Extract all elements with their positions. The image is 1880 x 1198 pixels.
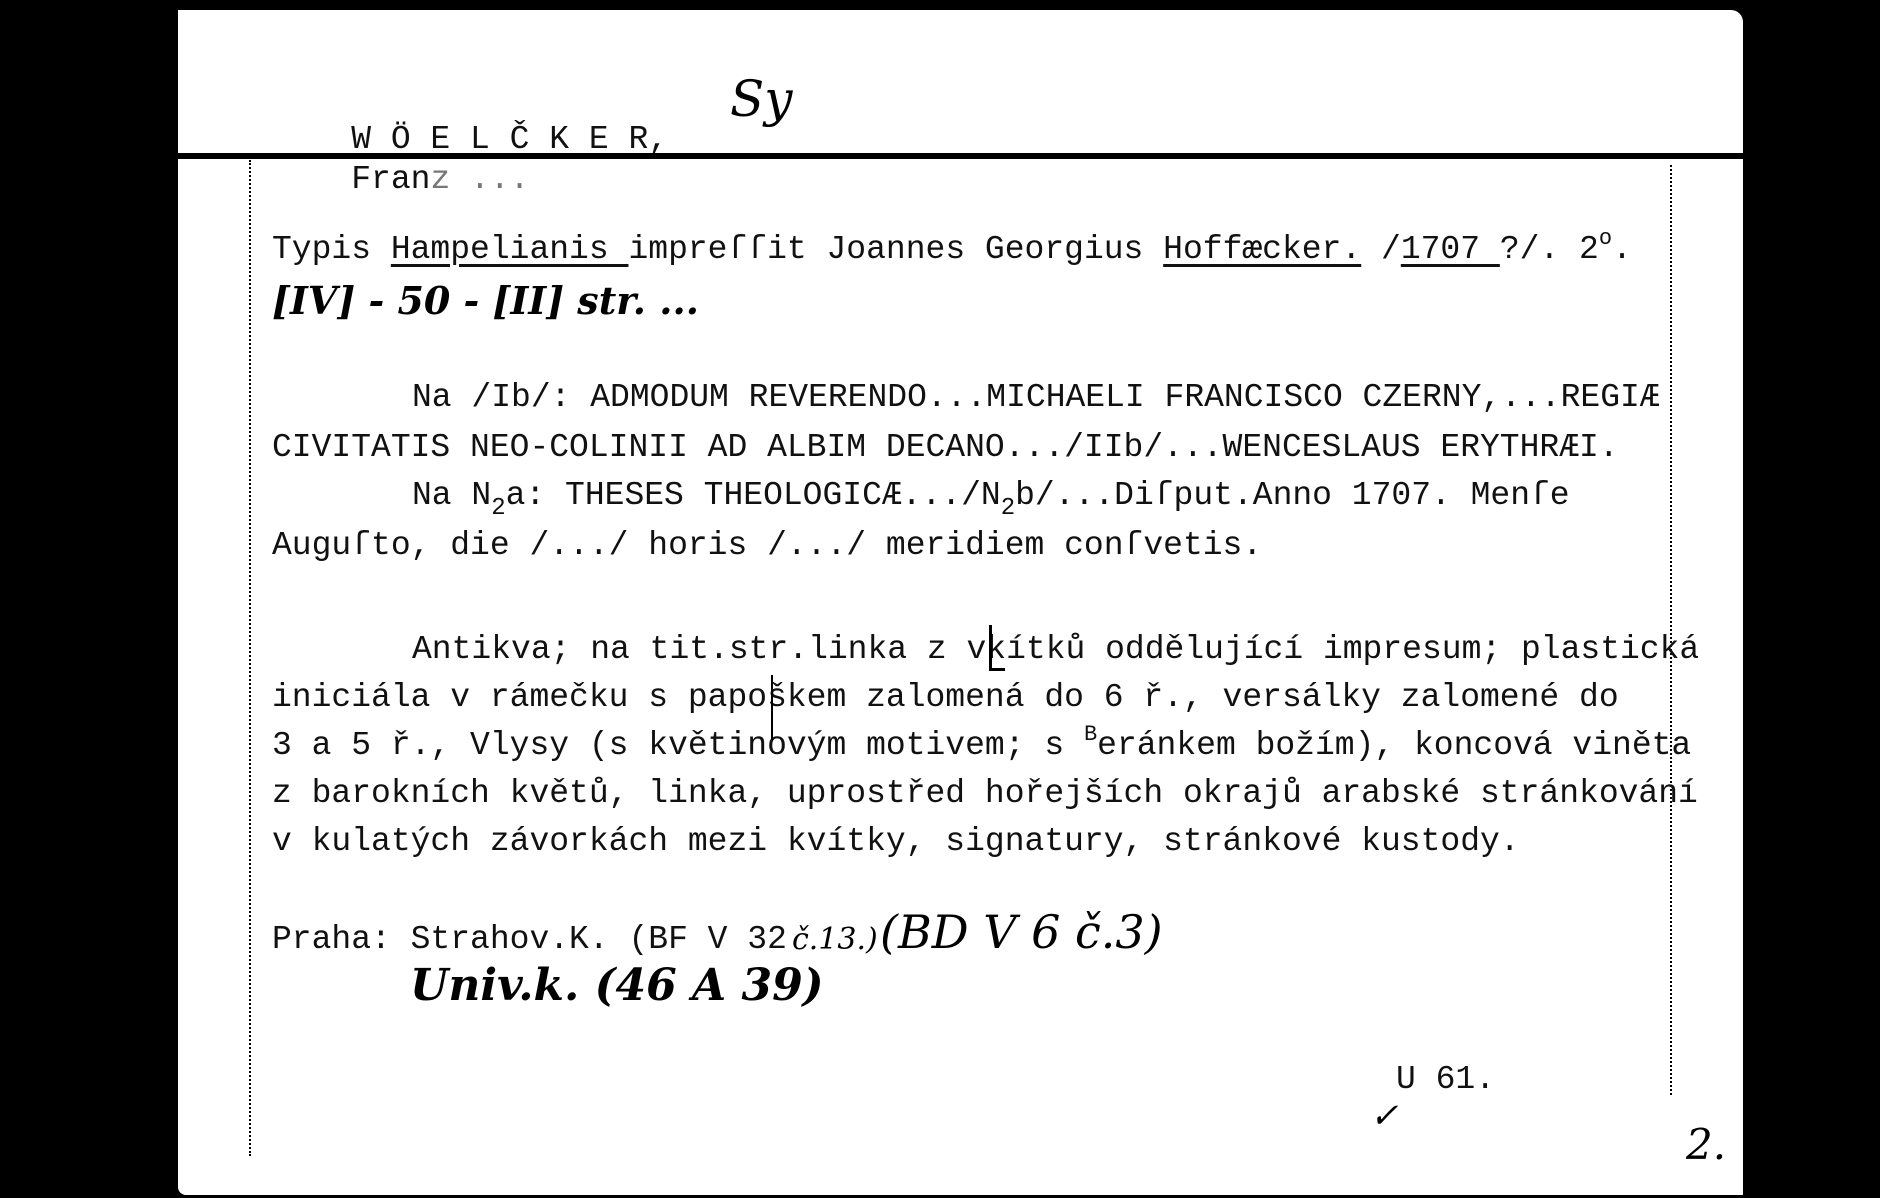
left-margin-line <box>249 160 251 1156</box>
contents-line-3a: Na N <box>412 477 491 514</box>
catalog-card: W Ö E L Č K E R, Franz ... Sy Typis Hamp… <box>178 10 1743 1195</box>
correction-mark <box>989 668 1005 671</box>
description-line-3a: 3 a 5 ř., Vlysy (s květinovým motivem; s <box>272 727 1084 764</box>
holdings-hand-suffix: č.13.) <box>792 922 878 957</box>
description-line-1: Antikva; na tit.str.linka z vkítků odděl… <box>412 630 1699 670</box>
holdings-typed: Praha: Strahov.K. (BF V 32 <box>272 920 787 960</box>
imprint-line: Typis Hampelianis impreſſit Joannes Geor… <box>272 230 1632 270</box>
contents-line-3: Na N2a: THESES THEOLOGICÆ.../N2b/...Diſp… <box>412 476 1570 516</box>
correction-mark <box>989 625 992 670</box>
description-line-4: z barokních květů, linka, uprostřed hoře… <box>272 774 1698 814</box>
collation-handwritten: [IV] - 50 - [II] str. ... <box>272 278 699 323</box>
shelf-code: U 61. <box>1396 1060 1495 1100</box>
correction-superscript: B <box>1084 722 1097 747</box>
contents-line-4: Auguſto, die /.../ horis /.../ meridiem … <box>272 526 1262 566</box>
imprint-impressit: impreſſit Joannes Georgius <box>628 231 1163 268</box>
description-line-3: 3 a 5 ř., Vlysy (s květinovým motivem; s… <box>272 726 1691 766</box>
contents-line-3b: a: THESES THEOLOGICÆ.../N <box>506 477 1001 514</box>
holdings-hand-alt-shelfmark: (BD V 6 č.3) <box>880 905 1163 959</box>
imprint-printer-name: Hoffæcker. <box>1163 231 1361 268</box>
heading-handwritten-note: Sy <box>730 70 793 128</box>
imprint-format-dot: . <box>1612 231 1632 268</box>
contents-line-2: CIVITATIS NEO-COLINII AD ALBIM DECANO...… <box>272 428 1619 468</box>
description-line-5: v kulatých závorkách mezi kvítky, signat… <box>272 822 1520 862</box>
author-forename-obscured: z ... <box>430 161 529 198</box>
imprint-year: 1707 <box>1401 231 1500 268</box>
imprint-date-close: ?/. 2 <box>1500 231 1599 268</box>
correction-mark <box>771 675 773 740</box>
card-number-hand: 2. <box>1686 1120 1726 1169</box>
card-heading: W Ö E L Č K E R, Franz ... <box>272 80 668 240</box>
description-line-3b: eránkem božím), koncová viněta <box>1097 727 1691 764</box>
contents-line-1: Na /Ib/: ADMODUM REVERENDO...MICHAELI FR… <box>412 378 1660 418</box>
holdings-hand-university: Univ.k. (46 A 39) <box>410 960 824 1011</box>
author-forename: Fran <box>351 161 430 198</box>
description-line-2: iniciála v rámečku s papoškem zalomená d… <box>272 678 1619 718</box>
imprint-format-degree: o <box>1599 226 1612 251</box>
check-mark-hand: ✓ <box>1370 1096 1399 1136</box>
signature-subscript: 2 <box>491 495 505 522</box>
signature-subscript: 2 <box>1001 495 1015 522</box>
contents-line-3c: b/...Diſput.Anno 1707. Menſe <box>1015 477 1570 514</box>
heading-divider <box>178 153 1743 159</box>
imprint-printer-place: Hampelianis <box>391 231 629 268</box>
imprint-date-open: / <box>1361 231 1401 268</box>
imprint-typis: Typis <box>272 231 391 268</box>
